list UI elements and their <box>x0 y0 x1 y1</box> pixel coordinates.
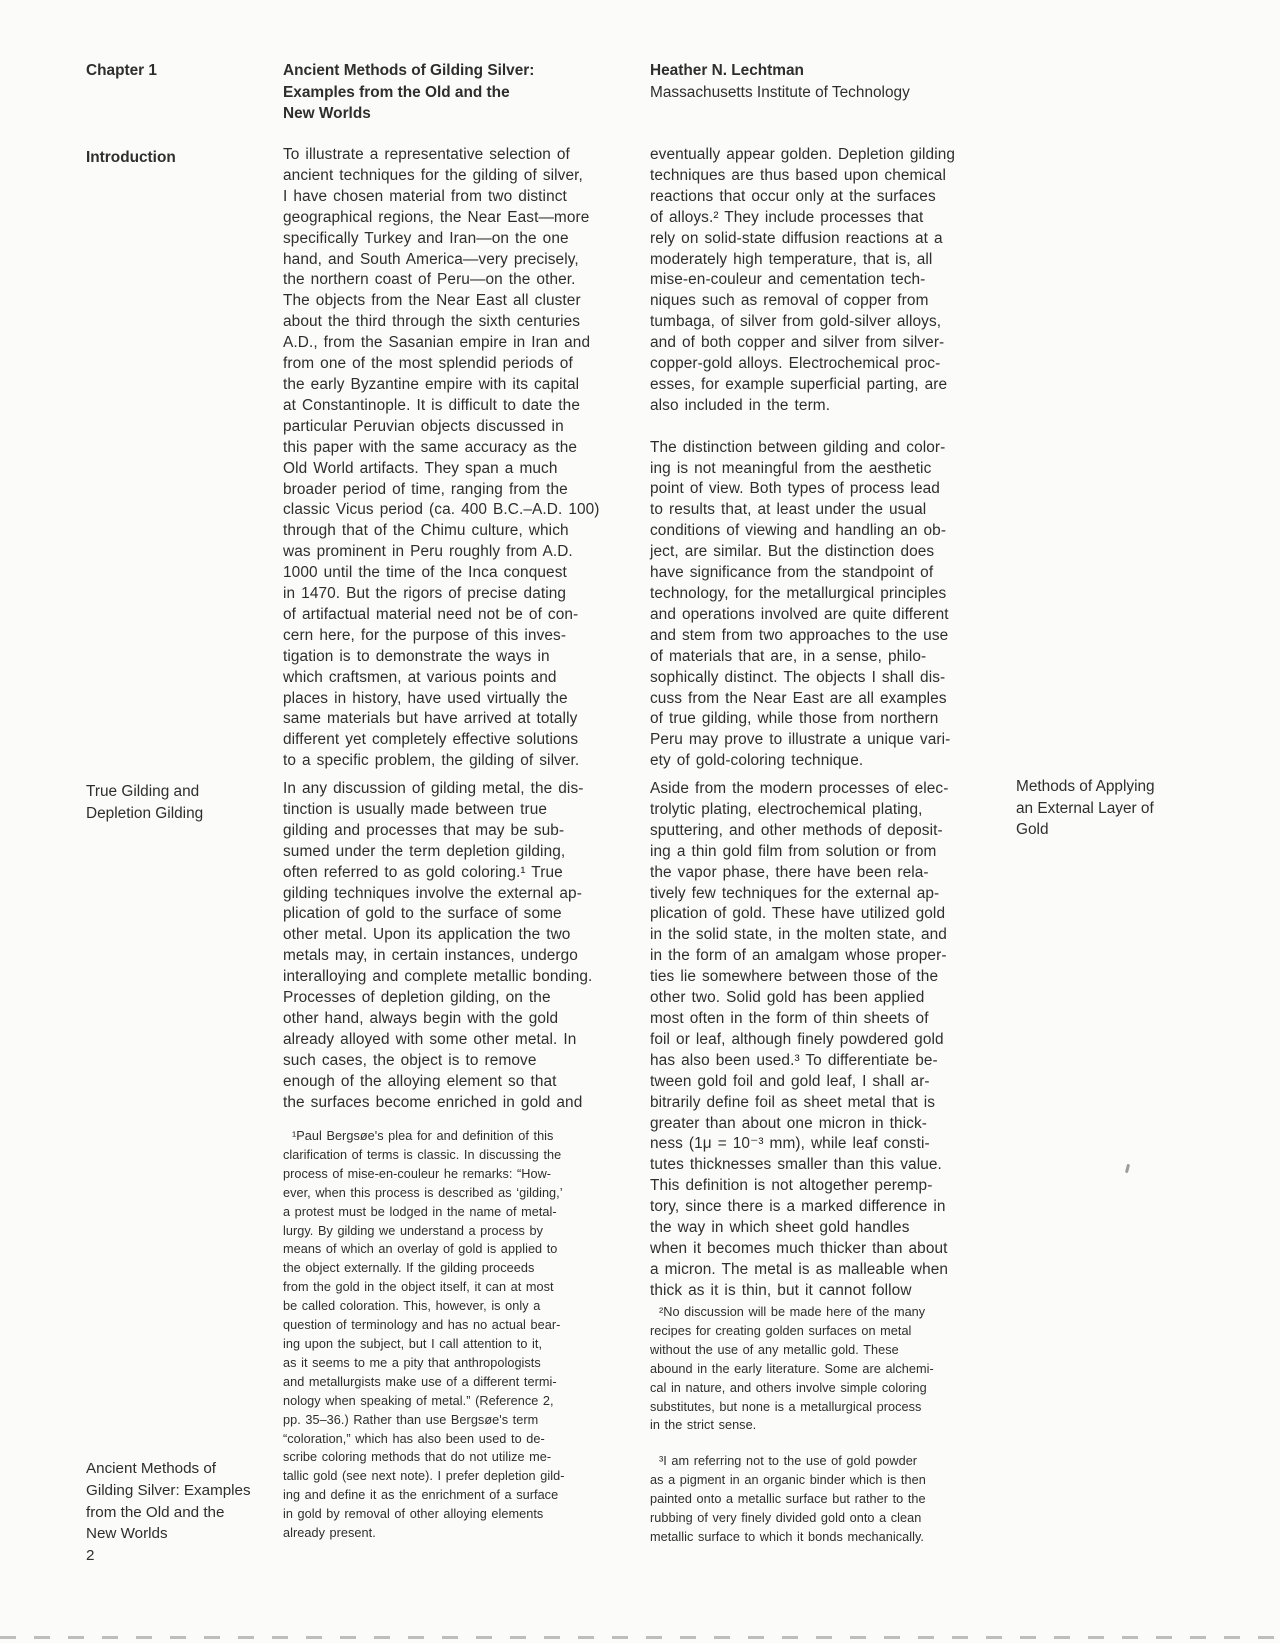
introduction-column-1: To illustrate a representative selection… <box>283 145 655 772</box>
true-gilding-column-2: Aside from the modern processes of elec-… <box>650 779 1030 1302</box>
introduction-col2-paragraph-2: The distinction between gilding and colo… <box>650 438 1030 773</box>
footer-block: Ancient Methods of Gilding Silver: Examp… <box>86 1458 286 1567</box>
author-block: Heather N. Lechtman Massachusetts Instit… <box>650 60 1070 103</box>
chapter-label: Chapter 1 <box>86 60 266 82</box>
section-label-true-gilding: True Gilding and Depletion Gilding <box>86 781 281 824</box>
introduction-col2-paragraph-1: eventually appear golden. Depletion gild… <box>650 145 1030 417</box>
margin-note-methods-of-applying: Methods of Applying an External Layer of… <box>1016 776 1216 841</box>
section-label-introduction: Introduction <box>86 147 276 169</box>
page-title: Ancient Methods of Gilding Silver: Examp… <box>283 60 663 125</box>
footnote-1: ¹Paul Bergsøe's plea for and definition … <box>283 1127 655 1543</box>
author-name: Heather N. Lechtman <box>650 60 1070 82</box>
footnote-2: ²No discussion will be made here of the … <box>650 1303 1022 1435</box>
scan-artifact-mark <box>1125 1164 1130 1173</box>
page-number: 2 <box>86 1545 286 1567</box>
scanned-page: Chapter 1 Ancient Methods of Gilding Sil… <box>0 0 1280 1643</box>
scan-edge-line <box>0 1636 1280 1639</box>
running-title: Ancient Methods of Gilding Silver: Examp… <box>86 1458 286 1545</box>
footnote-3: ³I am referring not to the use of gold p… <box>650 1452 1022 1547</box>
true-gilding-column-1: In any discussion of gilding metal, the … <box>283 779 655 1114</box>
introduction-column-2: eventually appear golden. Depletion gild… <box>650 145 1030 772</box>
author-affiliation: Massachusetts Institute of Technology <box>650 82 1070 104</box>
